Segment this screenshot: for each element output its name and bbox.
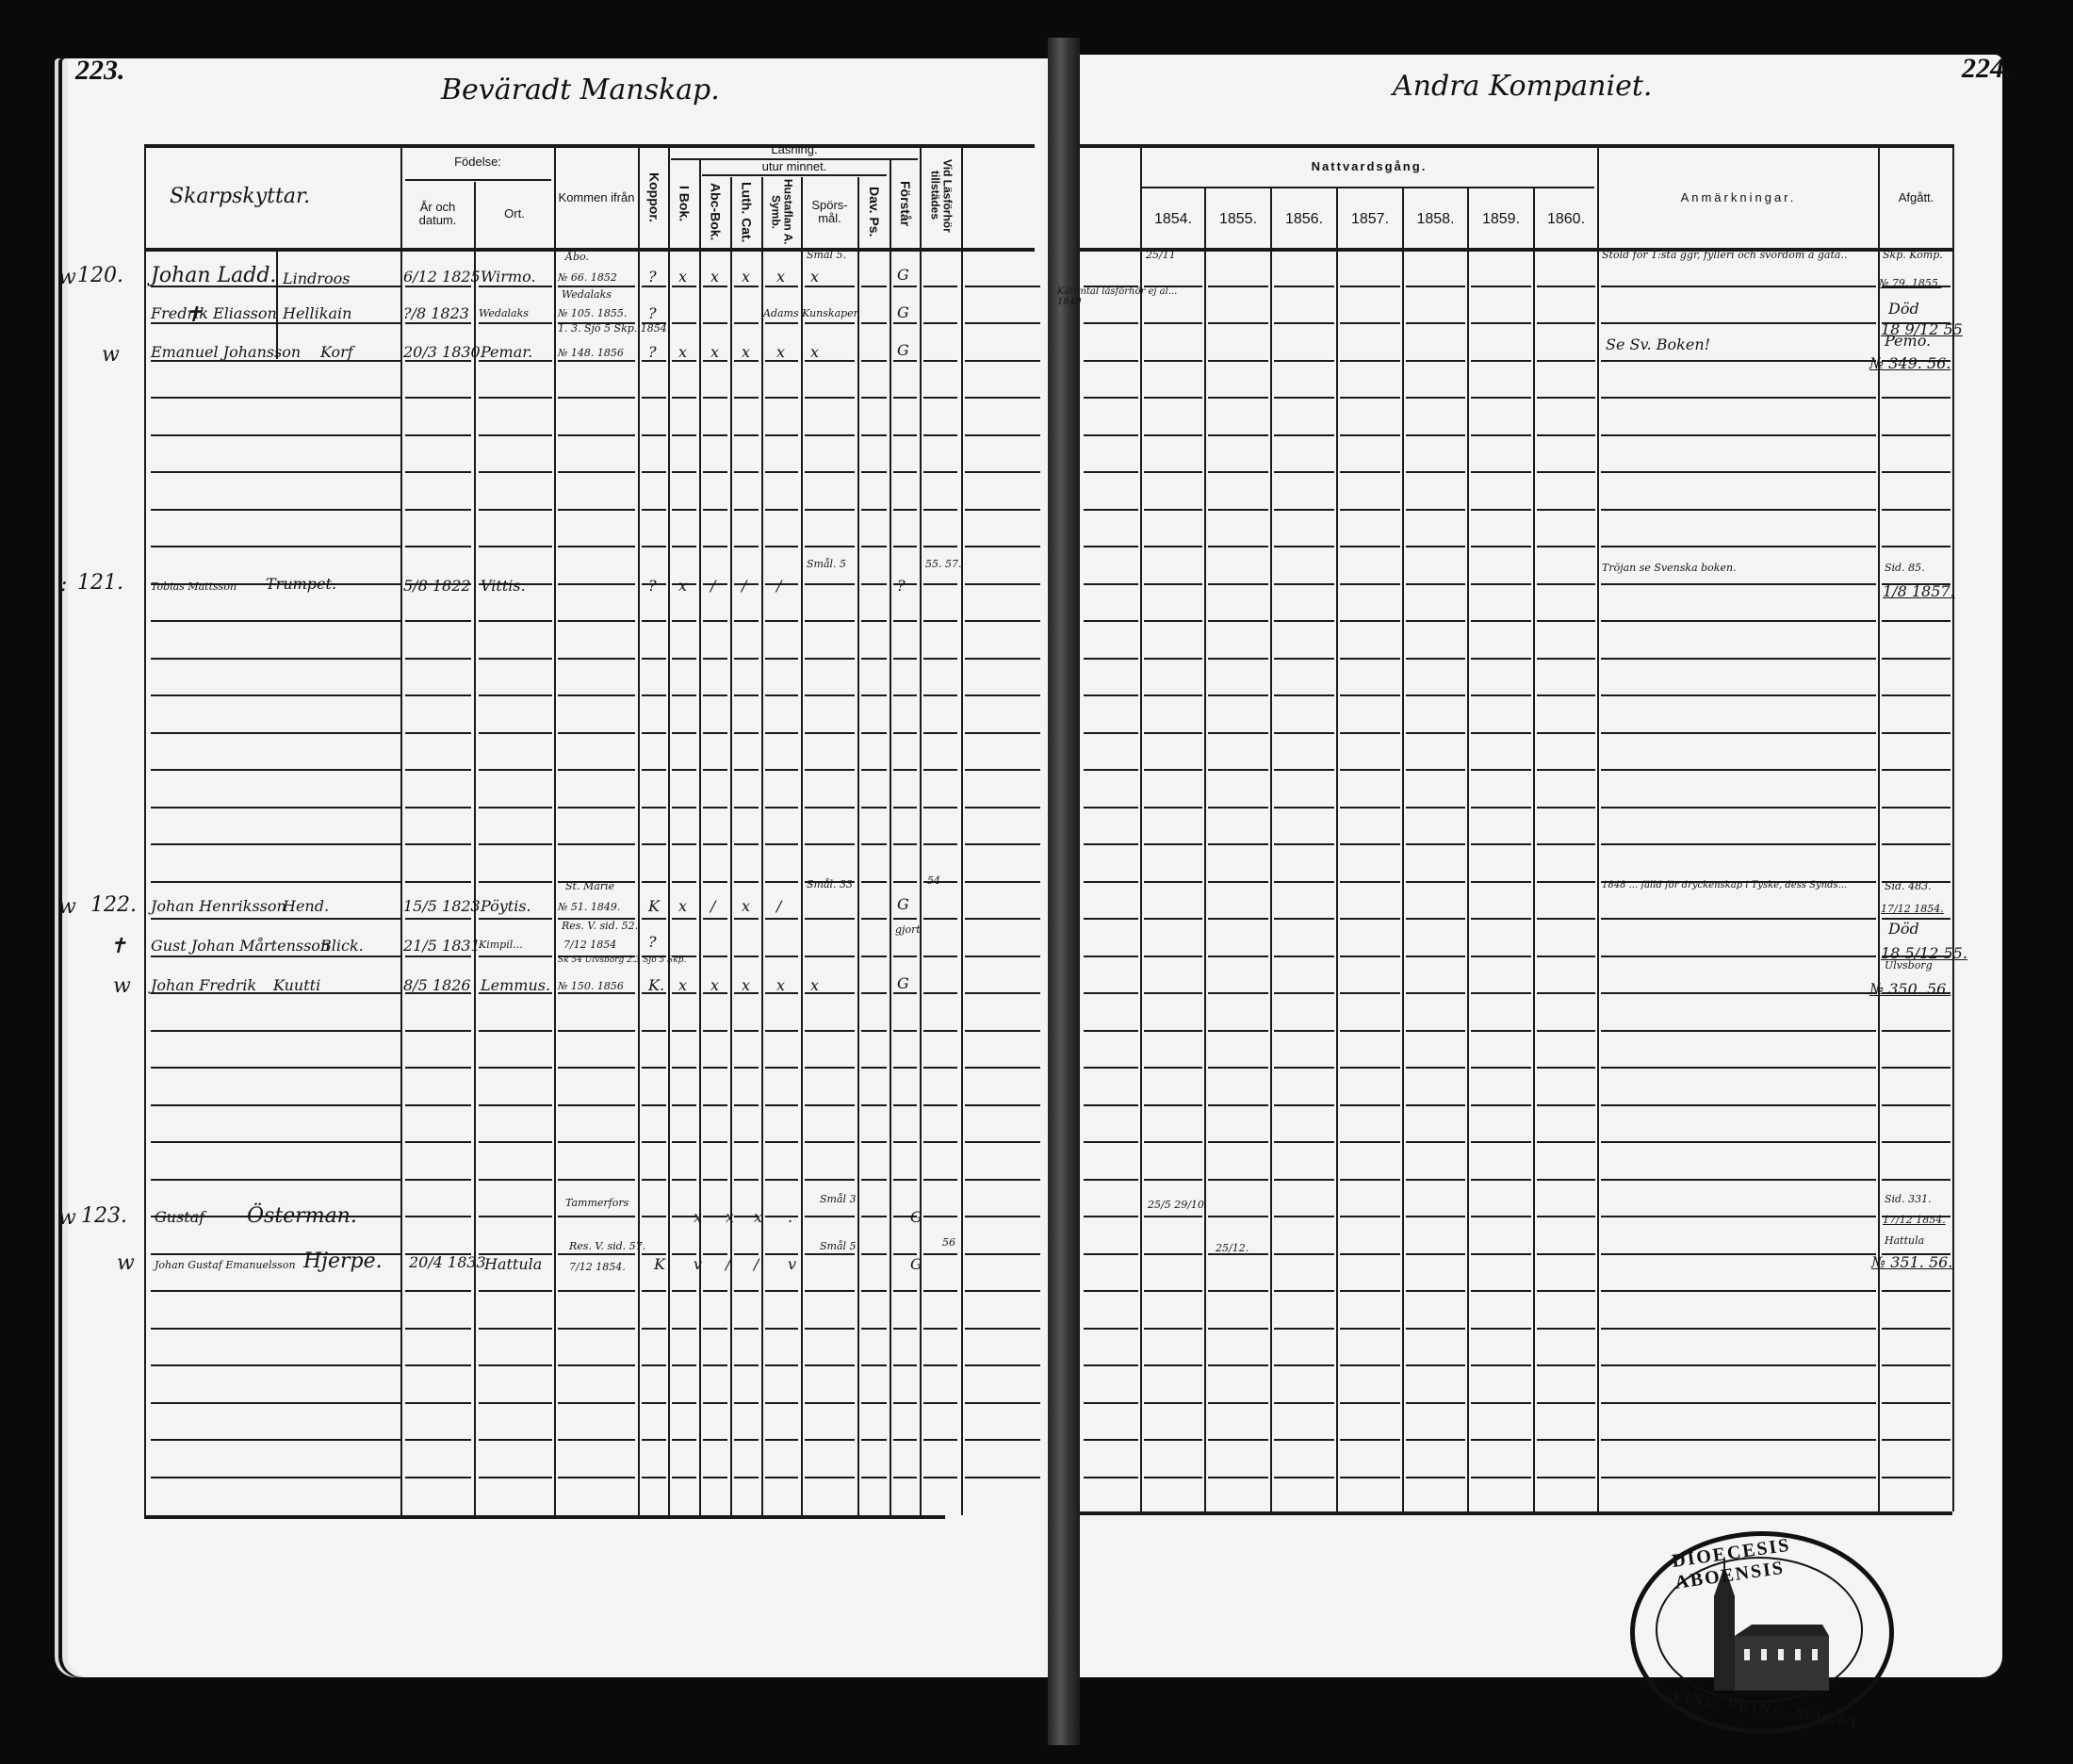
row-rule [479,546,552,547]
row-rule [965,1290,1040,1292]
row-rule [672,843,696,845]
row-rule [923,583,957,585]
row-rule [1084,434,1138,436]
row-rule [1340,881,1400,883]
row-rule [805,322,855,324]
row-rule [965,807,1040,808]
row-rule [923,1067,957,1069]
entry-sporsmal-note: Smål. 5 [807,558,846,570]
row-rule [558,1290,635,1292]
row-rule [1084,1141,1138,1143]
row-rule [765,397,798,399]
row-rule [703,620,727,622]
row-rule [1274,918,1334,920]
entry-koppor: ? [648,268,657,286]
row-rule [805,1439,855,1441]
row-rule [1882,1439,1951,1441]
row-rule [893,1477,917,1478]
row-rule [893,955,917,957]
row-rule [1144,1141,1202,1143]
row-rule [1601,1477,1876,1478]
header-abc-bok: Abc-Bok. [708,183,722,240]
row-rule [405,1030,471,1032]
entry-afgatt: Död [1888,920,1919,938]
row-rule [1340,1290,1400,1292]
row-rule [642,1477,666,1478]
header-skarpskyttar: Skarpskyttar. [170,185,310,208]
entry-afgatt: № 349. 56. [1869,354,1951,372]
row-rule [965,509,1040,511]
row-rule [861,1328,887,1330]
row-rule [1340,918,1400,920]
row-rule [1537,807,1595,808]
row-rule [1537,1253,1595,1255]
row-rule [1340,658,1400,660]
row-rule [479,769,552,771]
row-rule [765,1328,798,1330]
row-rule [1406,1290,1465,1292]
row-rule [1406,1439,1465,1441]
header-fodelse: Födelse: [402,149,553,175]
row-rule [1471,658,1531,660]
row-rule [1274,360,1334,362]
row-rule [965,1030,1040,1032]
row-rule [1537,769,1595,771]
row-rule [276,546,399,547]
row-rule [703,694,727,696]
entry-reading-mark: x [678,897,687,915]
row-rule [479,1141,552,1143]
row-rule [276,471,399,473]
row-rule [1882,434,1951,436]
row-rule [1084,322,1138,324]
row-rule [734,1477,759,1478]
row-rule [405,471,471,473]
row-rule [672,694,696,696]
row-rule [893,1141,917,1143]
row-rule [1340,620,1400,622]
row-rule [1406,1402,1465,1404]
entry-122-marker: w [58,895,76,919]
entry-suffix: Hellikain [283,304,351,322]
entry-birth-date: 20/4 1833 [409,1253,486,1271]
row-rule [965,1104,1040,1106]
row-rule [1340,992,1400,994]
row-rule [1340,360,1400,362]
row-rule [1340,286,1400,287]
row-rule [1208,1030,1268,1032]
row-rule [1537,918,1595,920]
row-rule [405,1328,471,1330]
row-rule [1537,1067,1595,1069]
entry-suffix: Hend. [283,897,329,915]
entry-afgatt: № 79. 1855. [1879,277,1941,289]
row-rule [734,1290,759,1292]
row-rule [1208,360,1268,362]
entry-afgatt: Hattula [1885,1234,1924,1247]
row-rule [672,807,696,808]
row-rule [1274,322,1334,324]
header-lasning: Läsning. [671,141,918,158]
row-rule [479,322,552,324]
row-rule [276,620,399,622]
row-rule [703,1179,727,1181]
row-rule [861,322,887,324]
row-rule [893,1439,917,1441]
row-rule [1537,1439,1595,1441]
row-rule [1406,620,1465,622]
row-rule [1084,843,1138,845]
row-rule [1882,1402,1951,1404]
entry-reading-mark: x [754,1208,762,1226]
row-rule [642,1439,666,1441]
entry-afgatt: № 351. 56. [1871,1253,1952,1271]
row-rule [405,322,471,324]
row-rule [703,1477,727,1478]
row-rule [1601,1141,1876,1143]
row-rule [1340,471,1400,473]
row-rule [1144,955,1202,957]
row-rule [276,918,399,920]
row-rule [479,509,552,511]
row-rule [965,881,1040,883]
row-rule [1471,1290,1531,1292]
row-rule [861,1067,887,1069]
row-rule [1144,694,1202,696]
entry-remark: 1848 ... fälld för dryckenskap i Tyske, … [1602,880,1871,890]
entry-reading-mark: / [710,897,715,915]
row-rule [479,918,552,920]
row-rule [405,546,471,547]
row-rule [1144,843,1202,845]
row-rule [861,1253,887,1255]
row-rule [1601,1216,1876,1217]
row-rule [893,881,917,883]
entry-birth-date: 20/3 1830 [403,343,481,361]
row-rule [1471,286,1531,287]
row-rule [1274,769,1334,771]
row-rule [703,732,727,734]
row-rule [893,1067,917,1069]
row-rule [703,1216,727,1217]
entry-reading-mark: x [678,976,687,994]
row-rule [1274,471,1334,473]
row-rule [703,881,727,883]
row-rule [558,1328,635,1330]
row-rule [765,583,798,585]
row-rule [1471,843,1531,845]
row-rule [276,434,399,436]
row-rule [923,360,957,362]
row-rule [1601,509,1876,511]
entry-afgatt: № 350. 56. [1869,980,1951,998]
row-rule [703,1439,727,1441]
row-rule [405,1141,471,1143]
row-rule [1274,1402,1334,1404]
row-rule [1406,360,1465,362]
row-rule [1208,1141,1268,1143]
entry-vid-lasforhor: 56 [942,1236,955,1249]
row-rule [965,1364,1040,1366]
row-rule [558,1141,635,1143]
row-rule [805,1104,855,1106]
row-rule [1537,546,1595,547]
entry-from-top: Res. V. sid. 57. [569,1240,645,1252]
row-rule [765,658,798,660]
row-rule [672,769,696,771]
row-rule [1274,546,1334,547]
entry-123-number: 123. [81,1204,127,1228]
entry-afgatt: Död [1888,300,1919,318]
row-rule [1084,732,1138,734]
row-rule [405,620,471,622]
row-rule [1084,992,1138,994]
header-afgatt: Afgått. [1880,151,1952,245]
row-rule [1537,1402,1595,1404]
row-rule [703,1364,727,1366]
row-rule [1084,1290,1138,1292]
row-rule [734,397,759,399]
row-rule [1601,286,1876,287]
row-rule [703,807,727,808]
row-rule [1471,397,1531,399]
row-rule [1406,1216,1465,1217]
entry-forstar: G [897,895,909,913]
row-rule [642,769,666,771]
row-rule [672,918,696,920]
row-rule [642,1328,666,1330]
row-rule [923,322,957,324]
entry-birth-place: Pöytis. [481,897,531,915]
death-cross-icon: ✝ [109,935,126,958]
row-rule [405,1104,471,1106]
row-rule [703,397,727,399]
row-rule [1208,1477,1268,1478]
row-rule [642,1179,666,1181]
row-rule [276,1104,399,1106]
row-rule [1471,583,1531,585]
row-rule [405,694,471,696]
row-rule [1084,509,1138,511]
row-rule [672,732,696,734]
row-rule [805,658,855,660]
row-rule [923,1030,957,1032]
row-rule [805,1030,855,1032]
entry-suffix: Österman. [247,1204,357,1228]
row-rule [1601,322,1876,324]
row-rule [805,1216,855,1217]
row-rule [672,1290,696,1292]
row-rule [1144,769,1202,771]
row-rule [558,397,635,399]
row-rule [1471,992,1531,994]
row-rule [765,1030,798,1032]
row-rule [1601,807,1876,808]
header-year-1859: 1859. [1469,193,1533,245]
row-rule [276,732,399,734]
row-rule [1406,769,1465,771]
entry-sporsmal-note: Adams Kunskaper [763,307,858,319]
row-rule [1471,620,1531,622]
row-rule [479,1067,552,1069]
row-rule [1208,1290,1268,1292]
row-rule [1406,694,1465,696]
row-rule [861,620,887,622]
entry-communion-1854: 25/5 29/10 [1148,1199,1204,1211]
row-rule [1084,1030,1138,1032]
row-rule [805,546,855,547]
row-rule [965,1179,1040,1181]
row-rule [642,620,666,622]
row-rule [861,694,887,696]
row-rule [558,1179,635,1181]
row-rule [861,1439,887,1441]
row-rule [1208,694,1268,696]
row-rule [861,732,887,734]
row-rule [479,732,552,734]
row-rule [1601,992,1876,994]
row-rule [479,397,552,399]
row-rule [805,434,855,436]
row-rule [642,881,666,883]
row-rule [1601,918,1876,920]
row-rule [276,1067,399,1069]
entry-sporsmal-note: Smål. 33 [807,878,853,890]
row-rule [276,1364,399,1366]
header-ar-och-datum: År och datum. [402,185,473,243]
row-rule [965,1477,1040,1478]
entry-row-marker: w [117,1251,135,1275]
row-rule [672,1030,696,1032]
row-rule [405,658,471,660]
row-rule [479,1328,552,1330]
row-rule [1601,955,1876,957]
row-rule [893,1402,917,1404]
entry-koppor: ? [648,304,657,322]
row-rule [1144,620,1202,622]
row-rule [965,360,1040,362]
row-rule [642,843,666,845]
entry-koppor: ? [648,577,657,595]
row-rule [703,1253,727,1255]
row-rule [734,471,759,473]
row-rule [703,1328,727,1330]
row-rule [1471,732,1531,734]
row-rule [893,992,917,994]
row-rule [1144,434,1202,436]
header-luth-cat: Luth. Cat. [739,182,753,243]
row-rule [734,1104,759,1106]
row-rule [734,322,759,324]
row-rule [734,546,759,547]
entry-name: Gust Johan Mårtensson [151,937,330,955]
row-rule [1601,1067,1876,1069]
row-rule [558,769,635,771]
row-rule [1471,1067,1531,1069]
row-rule [1208,807,1268,808]
row-rule [1471,1253,1531,1255]
row-rule [479,881,552,883]
row-rule [965,1216,1040,1217]
entry-from: № 66. 1852 [558,271,617,284]
entry-reading-mark: v [694,1255,702,1273]
row-rule [923,918,957,920]
row-rule [1882,1067,1951,1069]
row-rule [1144,732,1202,734]
row-rule [861,992,887,994]
row-rule [1406,286,1465,287]
row-rule [1537,322,1595,324]
entry-121-marker: : [60,573,67,596]
row-rule [703,843,727,845]
row-rule [1340,1104,1400,1106]
row-rule [1882,694,1951,696]
row-rule [1471,1216,1531,1217]
row-rule [1208,843,1268,845]
row-rule [765,918,798,920]
diocese-seal-stamp: DIOECESIS ABOENSIS FINL. PRINC. MAGNI [1630,1531,1894,1734]
row-rule [642,471,666,473]
row-rule [703,658,727,660]
row-rule [1601,843,1876,845]
row-rule [1340,732,1400,734]
row-rule [893,769,917,771]
entry-suffix: Hjerpe. [303,1249,383,1273]
row-rule [923,658,957,660]
row-rule [558,360,635,362]
entry-margin-note: Kärimtal läsförhör ej al... 1849 [1057,286,1199,307]
row-rule [642,807,666,808]
row-rule [479,1216,552,1217]
entry-reading-mark: / [742,577,746,595]
row-rule [1406,881,1465,883]
row-rule [1144,1364,1202,1366]
entry-birth-place: Vittis. [481,577,526,595]
row-rule [405,955,471,957]
row-rule [923,992,957,994]
row-rule [405,509,471,511]
entry-name: Johan Ladd. [151,264,276,287]
row-rule [1471,694,1531,696]
entry-name: Johan Henriksson [151,897,286,915]
row-rule [1601,1439,1876,1441]
entry-birth-place: Pemar. [481,343,532,361]
row-rule [1208,1216,1268,1217]
entry-from: № 150. 1856 [558,980,624,992]
row-rule [642,1104,666,1106]
entry-birth-date: 6/12 1825 [403,268,481,286]
row-rule [965,1402,1040,1404]
row-rule [1406,658,1465,660]
row-rule [1537,286,1595,287]
entry-afgatt: Sid. 483. [1885,880,1932,892]
row-rule [1084,360,1138,362]
row-rule [479,658,552,660]
row-rule [923,1179,957,1181]
row-rule [893,918,917,920]
entry-121-number: 121. [77,571,123,595]
row-rule [1471,1030,1531,1032]
row-rule [1274,992,1334,994]
row-rule [765,434,798,436]
right-page [1069,55,2002,1677]
row-rule [861,1216,887,1217]
row-rule [861,769,887,771]
row-rule [1340,397,1400,399]
row-rule [1406,992,1465,994]
entry-afgatt: Skp. Komp. [1883,249,1943,261]
row-rule [276,807,399,808]
